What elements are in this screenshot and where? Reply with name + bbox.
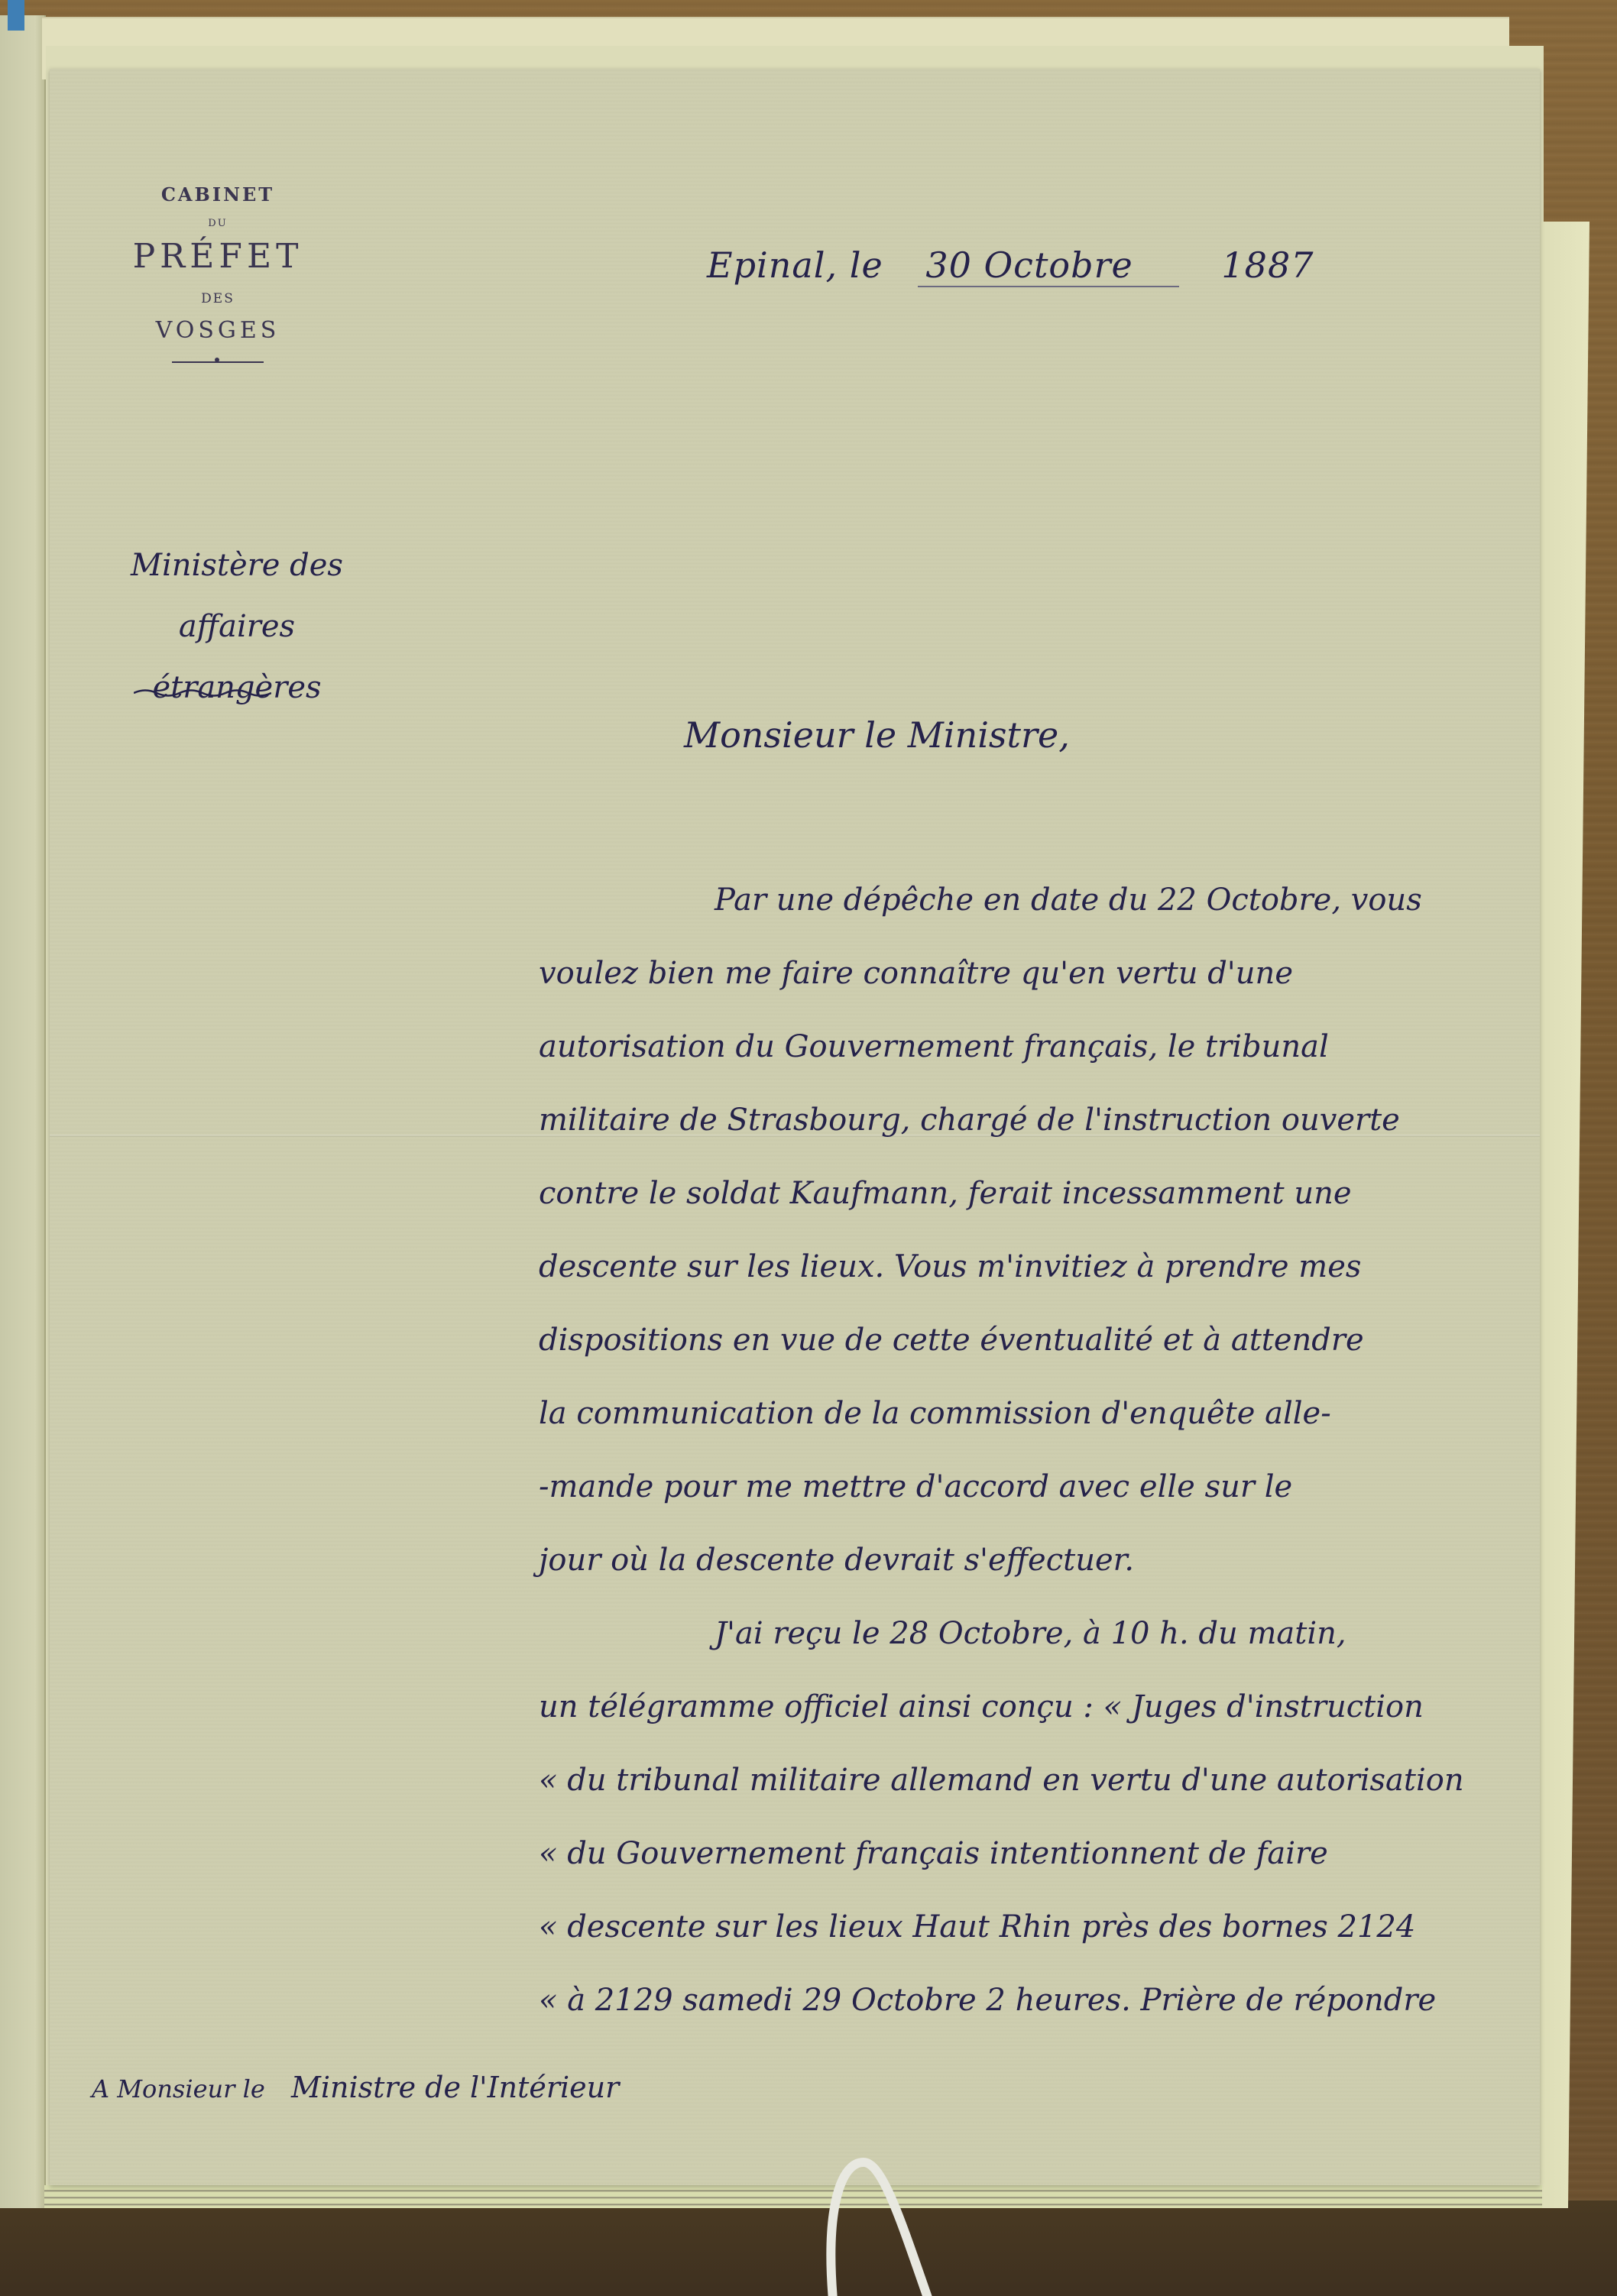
squiggle-underline-icon: [134, 688, 271, 698]
addressee: A Monsieur le Ministre de l'Intérieur: [92, 2071, 619, 2104]
body-line: un télégramme officiel ainsi conçu : « J…: [539, 1670, 1593, 1744]
body-line: autorisation du Gouvernement français, l…: [539, 1010, 1593, 1083]
folder-left-leaf: [0, 15, 46, 2208]
folder-tab: [8, 0, 24, 31]
body-line: contre le soldat Kaufmann, ferait incess…: [539, 1157, 1593, 1230]
letter-body: Par une dépêche en date du 22 Octobre, v…: [539, 863, 1593, 2037]
printed-letterhead: CABINET DU PRÉFET DES VOSGES: [103, 183, 332, 367]
dateline-place: Epinal, le: [707, 244, 883, 286]
body-line: jour où la descente devrait s'effectuer.: [539, 1524, 1593, 1597]
addressee-printed: A Monsieur le: [92, 2074, 265, 2103]
dateline-year: 1887: [1221, 244, 1314, 286]
body-line: descente sur les lieux. Vous m'invitiez …: [539, 1230, 1593, 1303]
letterhead-du: DU: [103, 218, 332, 229]
binding-cord-icon: [818, 2116, 1001, 2296]
body-line: J'ai reçu le 28 Octobre, à 10 h. du mati…: [539, 1597, 1593, 1670]
desk-shadow: [0, 2200, 1617, 2296]
body-line: voulez bien me faire connaître qu'en ver…: [539, 937, 1593, 1010]
letter-page: CABINET DU PRÉFET DES VOSGES Ministère d…: [50, 69, 1540, 2185]
body-line: « descente sur les lieux Haut Rhin près …: [539, 1890, 1593, 1964]
letterhead-cabinet: CABINET: [103, 183, 332, 206]
body-line: militaire de Strasbourg, chargé de l'ins…: [539, 1083, 1593, 1157]
letterhead-des: DES: [103, 291, 332, 306]
department-note-line1: Ministère des affaires: [76, 535, 397, 657]
body-line: « du tribunal militaire allemand en vert…: [539, 1744, 1593, 1817]
body-line: dispositions en vue de cette éventualité…: [539, 1303, 1593, 1377]
stacked-sheet-bottom-edges: [44, 2185, 1542, 2208]
addressee-written: Ministre de l'Intérieur: [291, 2071, 619, 2104]
body-line: -mande pour me mettre d'accord avec elle…: [539, 1450, 1593, 1524]
ornament-divider-icon: [172, 358, 264, 367]
body-line: Par une dépêche en date du 22 Octobre, v…: [539, 863, 1593, 937]
body-line: « à 2129 samedi 29 Octobre 2 heures. Pri…: [539, 1964, 1593, 2037]
letterhead-prefet: PRÉFET: [103, 237, 332, 276]
body-line: la communication de la commission d'enqu…: [539, 1377, 1593, 1450]
salutation: Monsieur le Ministre,: [684, 714, 1070, 756]
dateline: Epinal, le 30 Octobre 1887: [707, 244, 1314, 287]
dateline-day-month: 30 Octobre: [918, 244, 1178, 287]
body-line: « du Gouvernement français intentionnent…: [539, 1817, 1593, 1890]
letterhead-vosges: VOSGES: [103, 317, 332, 344]
